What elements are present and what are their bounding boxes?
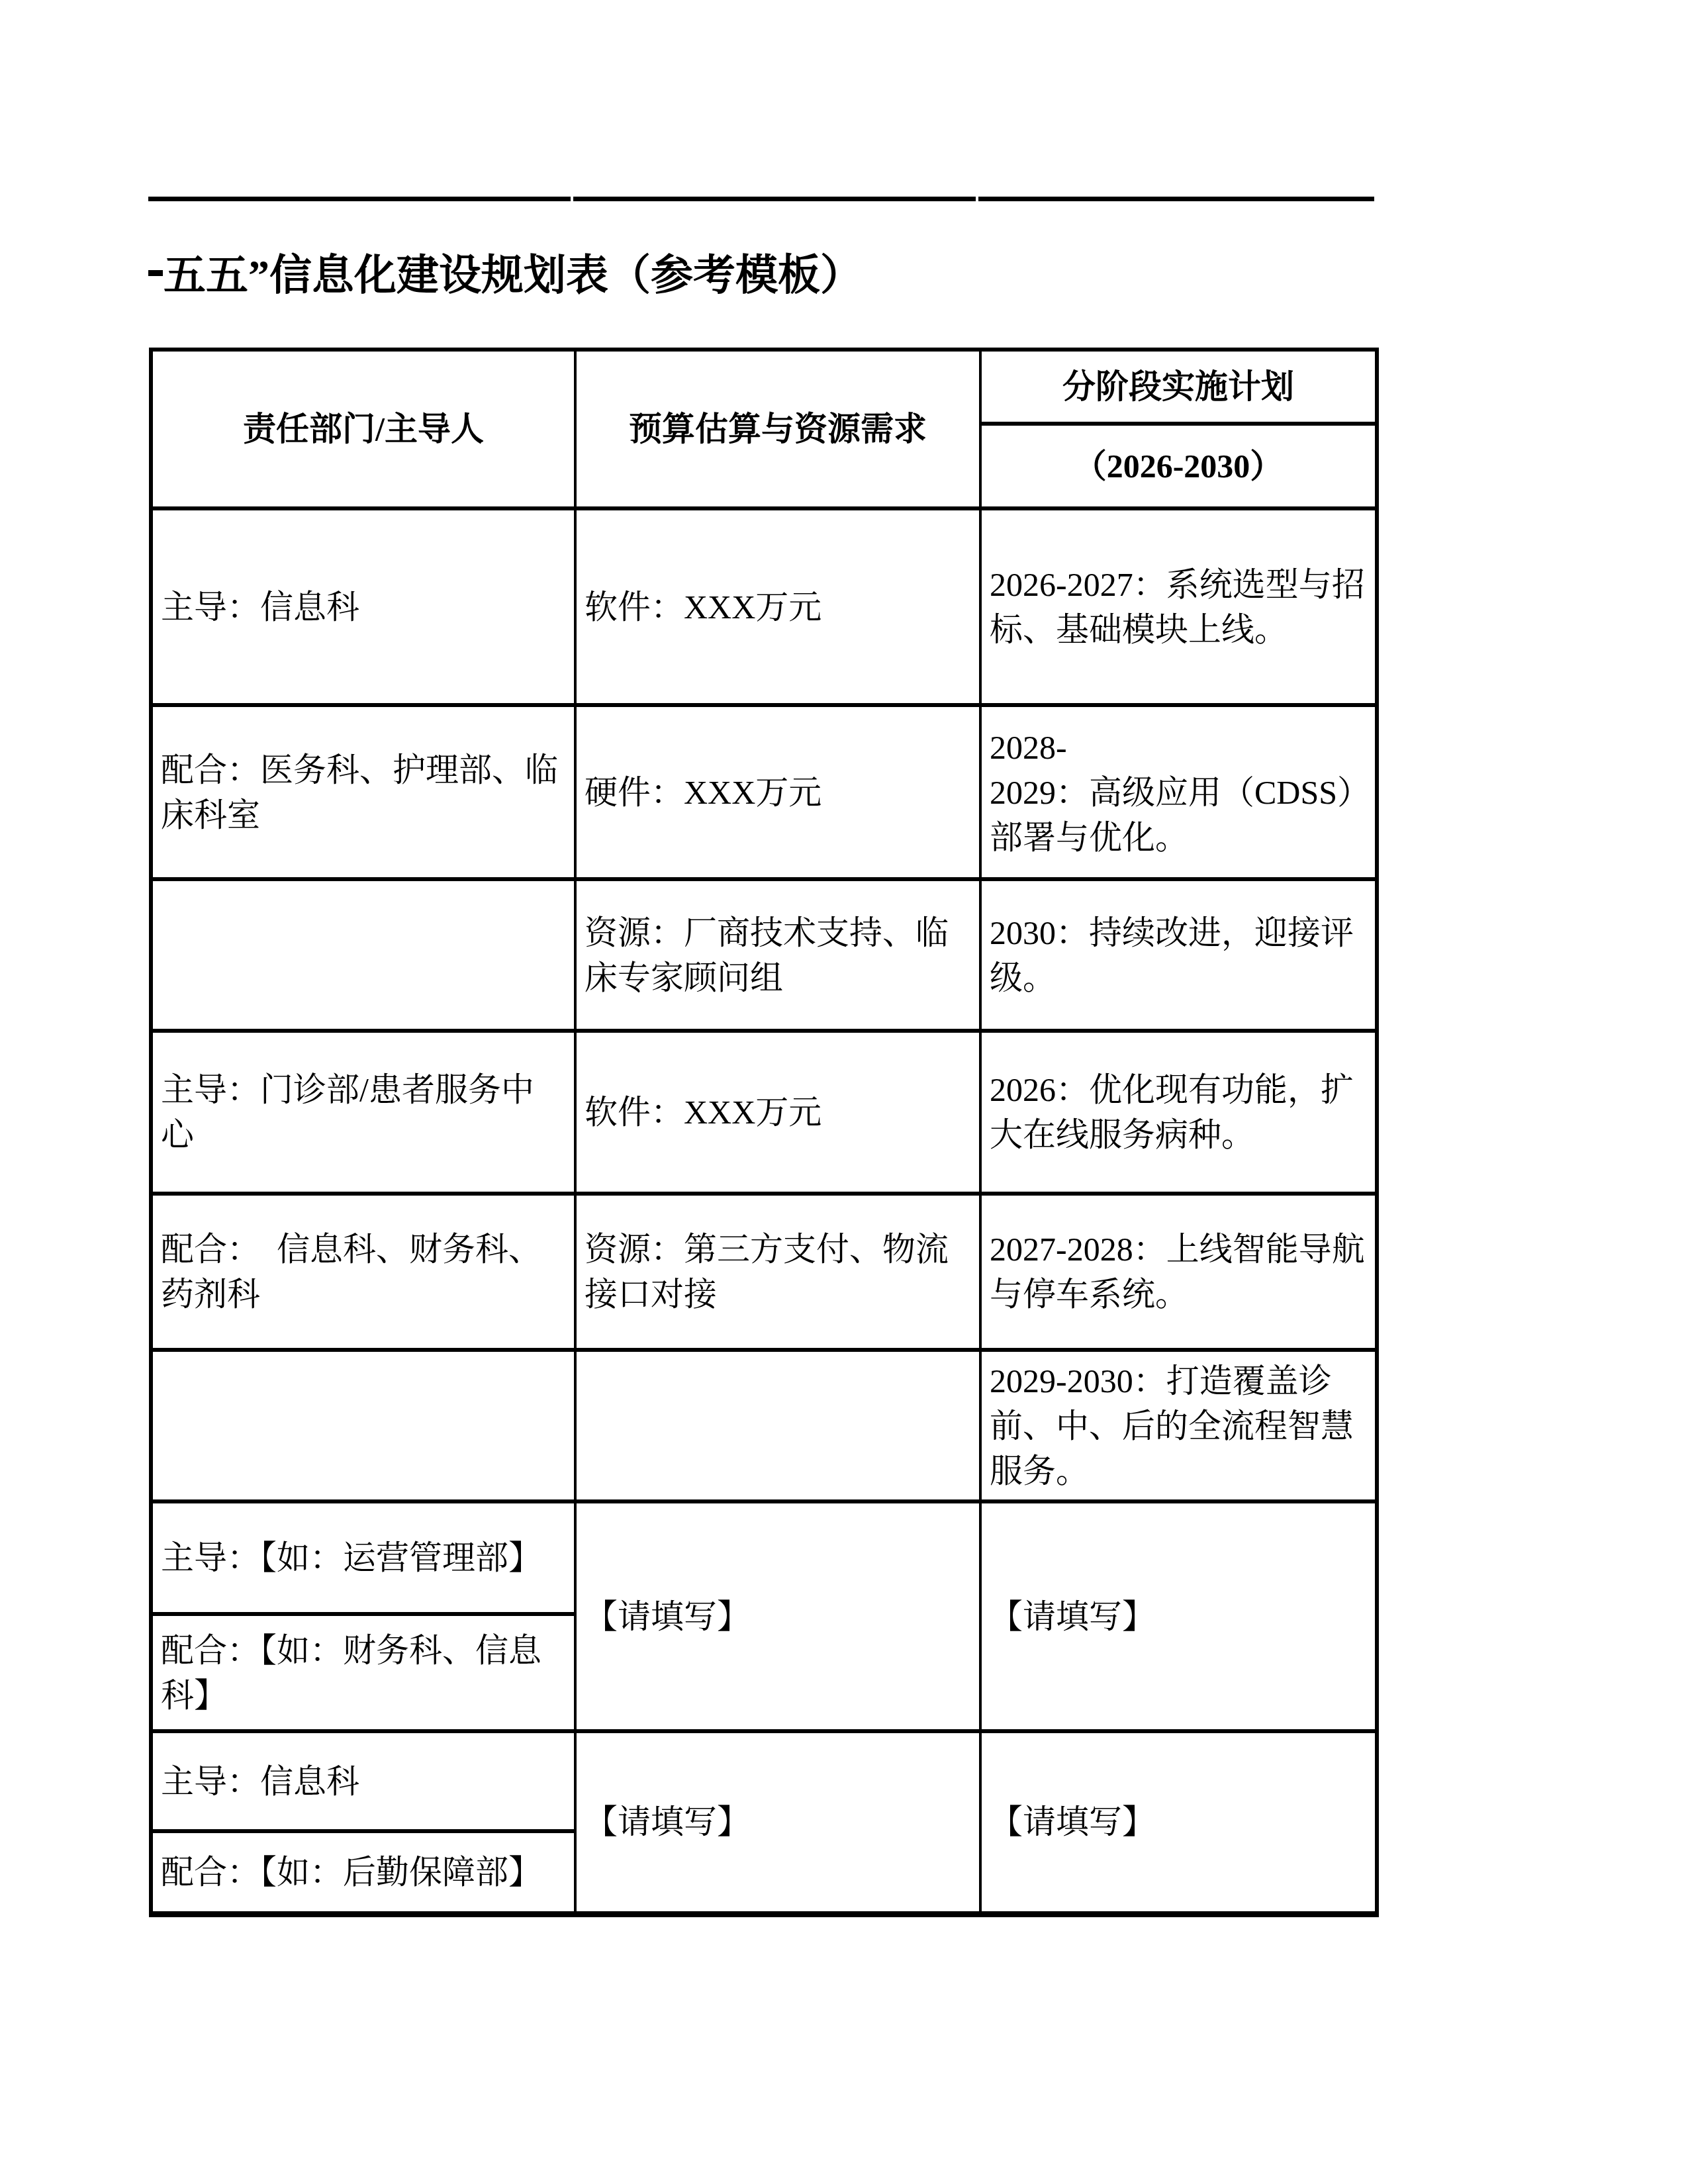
- previous-table-bottom-border-segment: [573, 197, 976, 201]
- cell-fill-in-placeholder: 【请填写】: [575, 1501, 980, 1731]
- table-row: 配合：医务科、护理部、临床科室 硬件：XXX万元 2028- 2029：高级应用…: [151, 705, 1377, 879]
- cell-fill-in-placeholder: 【请填写】: [980, 1501, 1377, 1731]
- planning-table: 责任部门/主导人 预算估算与资源需求 分阶段实施计划 （2026-2030） 主…: [149, 348, 1379, 1917]
- cell-lead-dept: 主导：信息科: [151, 508, 575, 705]
- cell-lead-dept: 主导：信息科: [151, 1731, 575, 1831]
- cell-support-dept: 配合：【如：后勤保障部】: [151, 1831, 575, 1914]
- cell-phase-plan: 2029-2030：打造覆盖诊前、中、后的全流程智慧服务。: [980, 1350, 1377, 1501]
- cell-phase-plan: 2026-2027：系统选型与招标、基础模块上线。: [980, 508, 1377, 705]
- cell-support-dept: 配合：【如：财务科、信息科】: [151, 1614, 575, 1731]
- cell-phase-plan: 2027-2028：上线智能导航与停车系统。: [980, 1194, 1377, 1350]
- header-row-1: 责任部门/主导人 预算估算与资源需求 分阶段实施计划: [151, 350, 1377, 424]
- title-cut-stroke-fragment: [148, 270, 163, 276]
- cell-budget: 软件：XXX万元: [575, 1031, 980, 1194]
- table-row: 资源：厂商技术支持、临床专家顾问组 2030：持续改进，迎接评级。: [151, 879, 1377, 1031]
- table-row: 主导：信息科 【请填写】 【请填写】: [151, 1731, 1377, 1831]
- cell-support-dept: 配合： 信息科、财务科、药剂科: [151, 1194, 575, 1350]
- previous-table-bottom-border-segment: [978, 197, 1374, 201]
- cell-lead-dept: 主导：门诊部/患者服务中心: [151, 1031, 575, 1194]
- table-row: 配合： 信息科、财务科、药剂科 资源：第三方支付、物流接口对接 2027-202…: [151, 1194, 1377, 1350]
- cell-empty: [575, 1350, 980, 1501]
- cell-budget: 软件：XXX万元: [575, 508, 980, 705]
- table-row: 主导：信息科 软件：XXX万元 2026-2027：系统选型与招标、基础模块上线…: [151, 508, 1377, 705]
- cell-resources: 资源：第三方支付、物流接口对接: [575, 1194, 980, 1350]
- header-responsible-dept: 责任部门/主导人: [151, 350, 575, 508]
- document-page: 五五”信息化建设规划表（参考模板） 责任部门/主导人 预算估算与资源需求 分阶段…: [0, 0, 1688, 2184]
- header-budget-resources: 预算估算与资源需求: [575, 350, 980, 508]
- cell-fill-in-placeholder: 【请填写】: [980, 1731, 1377, 1914]
- table-row: 主导：【如：运营管理部】 【请填写】 【请填写】: [151, 1501, 1377, 1614]
- cell-resources: 资源：厂商技术支持、临床专家顾问组: [575, 879, 980, 1031]
- page-title: 五五”信息化建设规划表（参考模板）: [164, 252, 863, 299]
- cell-phase-plan: 2030：持续改进，迎接评级。: [980, 879, 1377, 1031]
- cell-fill-in-placeholder: 【请填写】: [575, 1731, 980, 1914]
- cell-empty: [151, 879, 575, 1031]
- table-row: 2029-2030：打造覆盖诊前、中、后的全流程智慧服务。: [151, 1350, 1377, 1501]
- cell-support-dept: 配合：医务科、护理部、临床科室: [151, 705, 575, 879]
- cell-phase-plan: 2028- 2029：高级应用（CDSS）部署与优化。: [980, 705, 1377, 879]
- cell-empty: [151, 1350, 575, 1501]
- cell-budget: 硬件：XXX万元: [575, 705, 980, 879]
- cell-lead-dept: 主导：【如：运营管理部】: [151, 1501, 575, 1614]
- table-row: 主导：门诊部/患者服务中心 软件：XXX万元 2026：优化现有功能，扩大在线服…: [151, 1031, 1377, 1194]
- header-phased-plan: 分阶段实施计划: [980, 350, 1377, 424]
- header-plan-period: （2026-2030）: [980, 424, 1377, 508]
- cell-phase-plan: 2026：优化现有功能，扩大在线服务病种。: [980, 1031, 1377, 1194]
- previous-table-bottom-border-segment: [148, 197, 571, 201]
